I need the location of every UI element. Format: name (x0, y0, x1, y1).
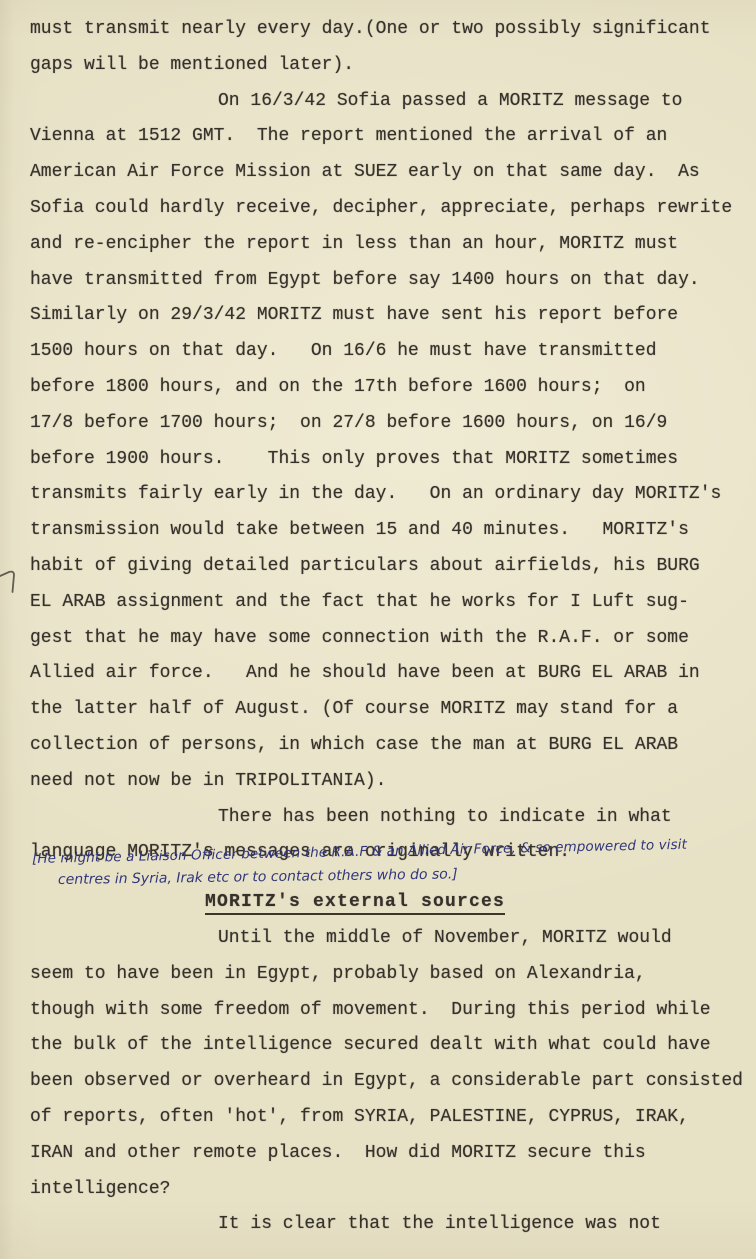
typed-line: though with some freedom of movement. Du… (30, 993, 756, 1029)
typed-line: have transmitted from Egypt before say 1… (30, 263, 756, 299)
typed-line: gaps will be mentioned later). (30, 48, 756, 84)
typed-line: gest that he may have some connection wi… (30, 621, 756, 657)
typed-line: of reports, often 'hot', from SYRIA, PAL… (30, 1100, 756, 1136)
typed-line: been observed or overheard in Egypt, a c… (30, 1064, 756, 1100)
typed-line: There has been nothing to indicate in wh… (30, 800, 756, 836)
typed-line: 1500 hours on that day. On 16/6 he must … (30, 334, 756, 370)
typed-line: the latter half of August. (Of course MO… (30, 692, 756, 728)
typed-line: EL ARAB assignment and the fact that he … (30, 585, 756, 621)
typed-line: Sofia could hardly receive, decipher, ap… (30, 191, 756, 227)
typed-line: seem to have been in Egypt, probably bas… (30, 957, 756, 993)
typed-line: Similarly on 29/3/42 MORITZ must have se… (30, 298, 756, 334)
typed-line: the bulk of the intelligence secured dea… (30, 1028, 756, 1064)
typed-line: 17/8 before 1700 hours; on 27/8 before 1… (30, 406, 756, 442)
typed-line: intelligence? (30, 1172, 756, 1208)
typed-line: must transmit nearly every day.(One or t… (30, 12, 756, 48)
typed-line: On 16/3/42 Sofia passed a MORITZ message… (30, 84, 756, 120)
typed-line: before 1800 hours, and on the 17th befor… (30, 370, 756, 406)
typed-line: habit of giving detailed particulars abo… (30, 549, 756, 585)
handwritten-hook-mark-icon (0, 564, 24, 600)
typed-line: Vienna at 1512 GMT. The report mentioned… (30, 119, 756, 155)
typed-line: Until the middle of November, MORITZ wou… (30, 921, 756, 957)
typed-line: collection of persons, in which case the… (30, 728, 756, 764)
typed-line: need not now be in TRIPOLITANIA). (30, 764, 756, 800)
typescript-lines: must transmit nearly every day.(One or t… (0, 0, 756, 1259)
typed-line: and re-encipher the report in less than … (30, 227, 756, 263)
typed-line: transmission would take between 15 and 4… (30, 513, 756, 549)
typed-line: American Air Force Mission at SUEZ early… (30, 155, 756, 191)
section-heading: MORITZ's external sources (30, 885, 756, 921)
typed-line: IRAN and other remote places. How did MO… (30, 1136, 756, 1172)
document-page: must transmit nearly every day.(One or t… (0, 0, 756, 1259)
typed-line: transmits fairly early in the day. On an… (30, 477, 756, 513)
typed-line: It is clear that the intelligence was no… (30, 1207, 756, 1243)
typed-line: Allied air force. And he should have bee… (30, 656, 756, 692)
typed-line: before 1900 hours. This only proves that… (30, 442, 756, 478)
